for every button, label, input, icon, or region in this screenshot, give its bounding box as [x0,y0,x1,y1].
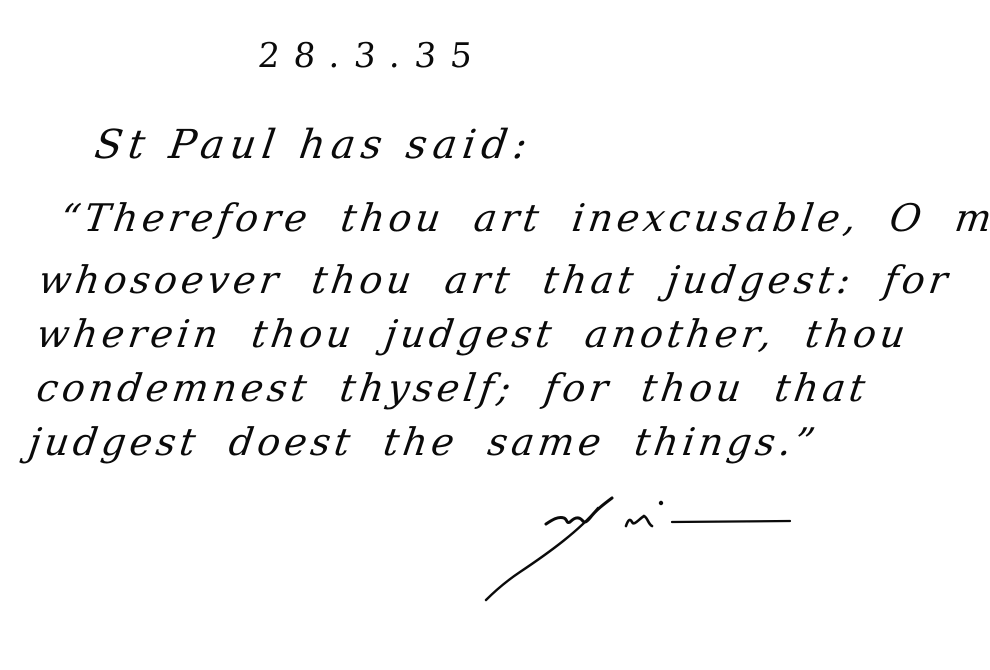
quote-line-2: whosoever thou art that judgest: for [36,258,954,302]
signature-icon [480,490,810,610]
handwritten-page: 28.3.35 St Paul has said: “Therefore tho… [0,0,990,670]
quote-line-3: wherein thou judgest another, thou [34,312,912,356]
quote-line-1: “Therefore thou art inexcusable, O man [58,196,990,240]
quote-line-5: judgest doest the same things.” [26,420,822,464]
quote-line-4: condemnest thyself; for thou that [34,366,872,410]
date: 28.3.35 [256,36,488,76]
salutation: St Paul has said: [92,122,536,168]
